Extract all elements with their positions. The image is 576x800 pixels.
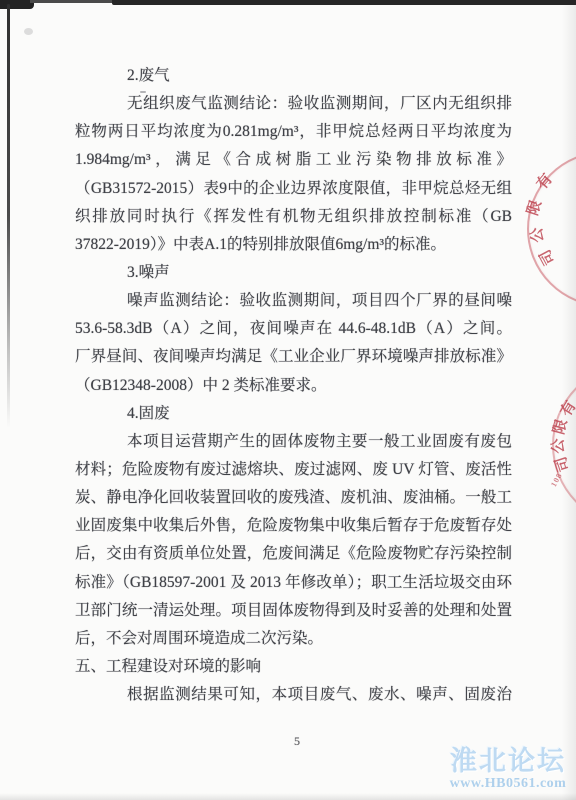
text-line: 炭、静电净化回收装置回收的废残渣、废机油、废油桶。一般工 bbox=[75, 484, 512, 512]
page-number: 5 bbox=[285, 734, 309, 749]
scanned-document-page: 2.废气 无组织废气监测结论：验收监测期间，厂区内无组织排放颗 粒物两日平均浓度… bbox=[0, 0, 576, 800]
scan-left-edge-line bbox=[7, 4, 10, 428]
text-line: 37822-2019）》中表A.1的特别排放限值6mg/m³的标准。 bbox=[75, 231, 512, 259]
heading-waste-gas: 2.废气 bbox=[75, 62, 512, 90]
seal-character: 公 bbox=[529, 226, 547, 244]
text-line: 本项目运营期产生的固体废物主要一般工业固废有废包装 bbox=[75, 428, 512, 456]
text-line: 材料；危险废物有废过滤熔块、废过滤网、废 UV 灯管、废活性 bbox=[75, 456, 512, 484]
heading-noise: 3.噪声 bbox=[75, 259, 512, 287]
text-line: 卫部门统一清运处理。项目固体废物得到及时妥善的处理和处置 bbox=[75, 597, 512, 625]
text-line: 粒物两日平均浓度为0.281mg/m³，非甲烷总烃两日平均浓度为 bbox=[75, 118, 512, 146]
seal-character: 公 bbox=[551, 438, 568, 455]
text-line: （GB12348-2008）中 2 类标准要求。 bbox=[75, 372, 512, 400]
text-line: 无组织废气监测结论：验收监测期间，厂区内无组织排放颗 bbox=[75, 90, 512, 118]
text-line: 噪声监测结论：验收监测期间，项目四个厂界的昼间噪声在 bbox=[75, 287, 512, 315]
heading-solid-waste: 4.固废 bbox=[75, 400, 512, 428]
text-line: 53.6-58.3dB（A）之间，夜间噪声在 44.6-48.1dB（A）之间。 bbox=[75, 315, 512, 343]
watermark: 淮北论坛 www.HB0561.com bbox=[441, 746, 575, 792]
watermark-url: www.HB0561.com bbox=[441, 776, 575, 792]
watermark-title: 淮北论坛 bbox=[441, 746, 575, 776]
text-line: 业固废集中收集后外售，危险废物集中收集后暂存于危废暂存处 bbox=[75, 512, 512, 540]
scan-top-border-thin bbox=[30, 0, 116, 3]
text-line: 后，交由有资质单位处置，危废间满足《危险废物贮存污染控制 bbox=[75, 540, 512, 568]
text-line: 厂界昼间、夜间噪声均满足《工业企业厂界环境噪声排放标准》 bbox=[75, 343, 512, 371]
text-line: 后，不会对周围环境造成二次污染。 bbox=[75, 625, 512, 653]
scan-top-border-corner bbox=[0, 0, 34, 9]
scan-speck bbox=[24, 28, 33, 35]
text-line: 标准》（GB18597-2001 及 2013 年修改单）；职工生活垃圾交由环 bbox=[75, 569, 512, 597]
document-text-block: 2.废气 无组织废气监测结论：验收监测期间，厂区内无组织排放颗 粒物两日平均浓度… bbox=[75, 62, 512, 709]
heading-section-five: 五、工程建设对环境的影响 bbox=[75, 653, 512, 681]
text-line: （GB31572-2015）表9中的企业边界浓度限值，非甲烷总烃无组 bbox=[75, 175, 512, 203]
scan-top-border bbox=[112, 0, 576, 5]
text-line: 根据监测结果可知，本项目废气、废水、噪声、固废治理均 bbox=[75, 681, 512, 709]
text-line: 1.984mg/m³，满足《合成树脂工业污染物排放标准》 bbox=[75, 146, 512, 174]
text-line: 织排放同时执行《挥发性有机物无组织排放控制标准（GB bbox=[75, 203, 512, 231]
